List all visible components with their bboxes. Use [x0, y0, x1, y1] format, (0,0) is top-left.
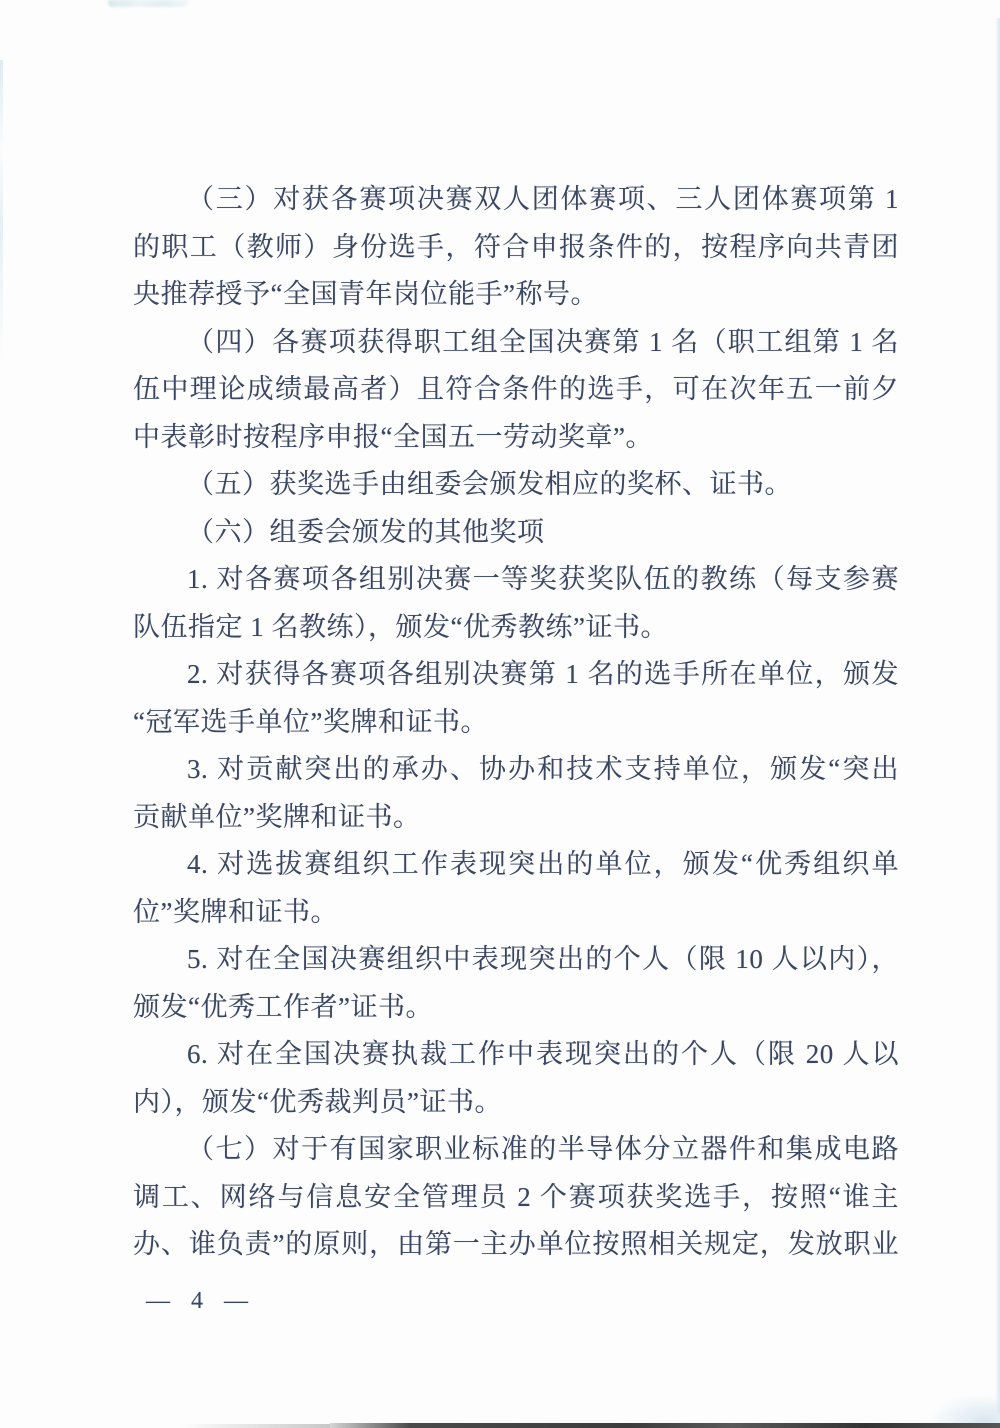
text-line: 伍中理论成绩最高者）且符合条件的选手，可在次年五一前夕集 [133, 366, 899, 414]
text-line: 3. 对贡献突出的承办、协办和技术支持单位，颁发“突出 [133, 746, 899, 794]
scan-artifact-top-smudge [108, 0, 188, 7]
page-number-footer: — 4 — [146, 1288, 248, 1315]
text-line: 的职工（教师）身份选手，符合申报条件的，按程序向共青团中 [133, 224, 899, 272]
text-line: 1. 对各赛项各组别决赛一等奖获奖队伍的教练（每支参赛 [133, 556, 899, 604]
text-line: （三）对获各赛项决赛双人团体赛项、三人团体赛项第 1 名 [133, 176, 899, 224]
paragraph: 3. 对贡献突出的承办、协办和技术支持单位，颁发“突出贡献单位”奖牌和证书。 [133, 746, 899, 841]
text-line: 内），颁发“优秀裁判员”证书。 [133, 1079, 899, 1127]
paragraph: 5. 对在全国决赛组织中表现突出的个人（限 10 人以内），颁发“优秀工作者”证… [133, 936, 899, 1031]
text-line: 4. 对选拔赛组织工作表现突出的单位，颁发“优秀组织单 [133, 841, 899, 889]
paragraph: （七）对于有国家职业标准的半导体分立器件和集成电路装调工、网络与信息安全管理员 … [133, 1126, 899, 1269]
document-page: （三）对获各赛项决赛双人团体赛项、三人团体赛项第 1 名的职工（教师）身份选手，… [0, 0, 1000, 1428]
text-line: 2. 对获得各赛项各组别决赛第 1 名的选手所在单位，颁发 [133, 651, 899, 699]
text-line: “冠军选手单位”奖牌和证书。 [133, 699, 899, 747]
paragraph: （三）对获各赛项决赛双人团体赛项、三人团体赛项第 1 名的职工（教师）身份选手，… [133, 176, 899, 319]
scan-artifact-left-edge [0, 60, 3, 360]
footer-dash-right: — [224, 1288, 248, 1315]
document-body: （三）对获各赛项决赛双人团体赛项、三人团体赛项第 1 名的职工（教师）身份选手，… [133, 176, 899, 1269]
text-line: （四）各赛项获得职工组全国决赛第 1 名（职工组第 1 名队 [133, 319, 899, 367]
text-line: （七）对于有国家职业标准的半导体分立器件和集成电路装 [133, 1126, 899, 1174]
paragraph: 4. 对选拔赛组织工作表现突出的单位，颁发“优秀组织单位”奖牌和证书。 [133, 841, 899, 936]
text-line: 队伍指定 1 名教练），颁发“优秀教练”证书。 [133, 604, 899, 652]
text-line: 中表彰时按程序申报“全国五一劳动奖章”。 [133, 414, 899, 462]
footer-dash-left: — [146, 1288, 170, 1315]
paragraph: 1. 对各赛项各组别决赛一等奖获奖队伍的教练（每支参赛队伍指定 1 名教练），颁… [133, 556, 899, 651]
footer-page-number: 4 [191, 1288, 203, 1315]
text-line: 贡献单位”奖牌和证书。 [133, 794, 899, 842]
text-line: 央推荐授予“全国青年岗位能手”称号。 [133, 271, 899, 319]
paragraph: （四）各赛项获得职工组全国决赛第 1 名（职工组第 1 名队伍中理论成绩最高者）… [133, 319, 899, 462]
scan-artifact-right-edge [995, 18, 1000, 1413]
scan-artifact-bottom-strip-fade [180, 1424, 330, 1428]
text-line: 5. 对在全国决赛组织中表现突出的个人（限 10 人以内）， [133, 936, 899, 984]
paragraph: （五）获奖选手由组委会颁发相应的奖杯、证书。 [133, 461, 899, 509]
paragraph: 6. 对在全国决赛执裁工作中表现突出的个人（限 20 人以内），颁发“优秀裁判员… [133, 1031, 899, 1126]
text-line: （六）组委会颁发的其他奖项 [133, 509, 899, 557]
paragraph: （六）组委会颁发的其他奖项 [133, 509, 899, 557]
text-line: 6. 对在全国决赛执裁工作中表现突出的个人（限 20 人以 [133, 1031, 899, 1079]
text-line: 位”奖牌和证书。 [133, 889, 899, 937]
scan-artifact-corner-smudge [930, 1395, 1000, 1423]
paragraph: 2. 对获得各赛项各组别决赛第 1 名的选手所在单位，颁发“冠军选手单位”奖牌和… [133, 651, 899, 746]
text-line: 调工、网络与信息安全管理员 2 个赛项获奖选手，按照“谁主 [133, 1174, 899, 1222]
text-line: 颁发“优秀工作者”证书。 [133, 984, 899, 1032]
text-line: 办、谁负责”的原则，由第一主办单位按照相关规定，发放职业 [133, 1221, 899, 1269]
text-line: （五）获奖选手由组委会颁发相应的奖杯、证书。 [133, 461, 899, 509]
scan-artifact-bottom-strip [330, 1423, 1000, 1428]
